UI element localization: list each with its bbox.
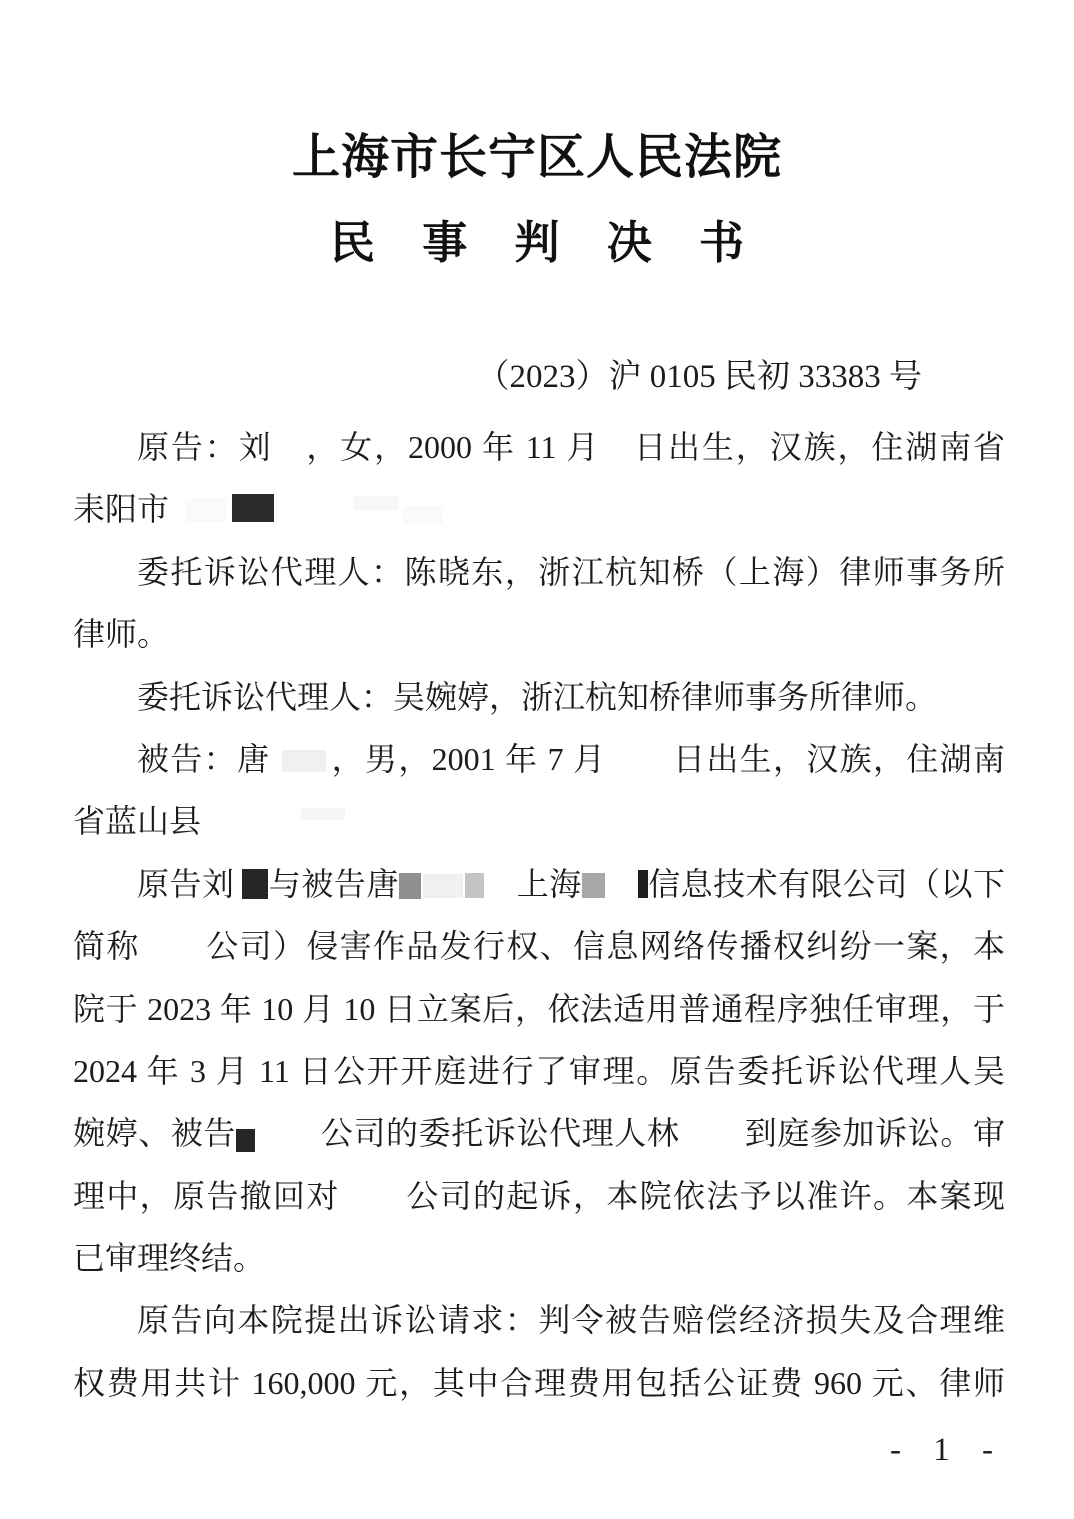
document-line-11: 婉婷、被告 公司的委托诉讼代理人林 到庭参加诉讼。审 bbox=[73, 1102, 1005, 1164]
redaction-box bbox=[185, 498, 227, 522]
redaction-box bbox=[282, 750, 326, 772]
redaction-box bbox=[399, 873, 421, 899]
document-line-0: 原告：刘 ，女，2000 年 11 月 日出生，汉族，住湖南省 bbox=[73, 416, 1005, 478]
page-number: - 1 - bbox=[890, 1432, 1005, 1469]
document-line-3: 律师。 bbox=[73, 603, 1005, 665]
document-line-14: 原告向本院提出诉讼请求：判令被告赔偿经济损失及合理维 bbox=[73, 1289, 1005, 1351]
redaction-box bbox=[242, 869, 268, 899]
document-line-13: 已审理终结。 bbox=[73, 1227, 1005, 1289]
document-body: 原告：刘 ，女，2000 年 11 月 日出生，汉族，住湖南省耒阳市委托诉讼代理… bbox=[73, 416, 1005, 1414]
case-number: （2023）沪 0105 民初 33383 号 bbox=[477, 350, 923, 397]
document-line-4: 委托诉讼代理人：吴婉婷，浙江杭知桥律师事务所律师。 bbox=[73, 666, 1005, 728]
redaction-box bbox=[638, 870, 648, 898]
document-line-2: 委托诉讼代理人：陈晓东，浙江杭知桥（上海）律师事务所 bbox=[73, 541, 1005, 603]
document-line-15: 权费用共计 160,000 元，其中合理费用包括公证费 960 元、律师 bbox=[73, 1352, 1005, 1414]
document-line-7: 原告刘与被告唐 上海 信息技术有限公司（以下 bbox=[73, 853, 1005, 915]
document-type-title: 民 事 判 决 书 bbox=[0, 206, 1074, 271]
redaction-box bbox=[232, 494, 274, 522]
document-line-10: 2024 年 3 月 11 日公开开庭进行了审理。原告委托诉讼代理人吴 bbox=[73, 1040, 1005, 1102]
document-line-5: 被告：唐，男，2001 年 7 月 日出生，汉族，住湖南 bbox=[73, 728, 1005, 790]
document-line-6: 省蓝山县 bbox=[73, 790, 1005, 852]
judgment-document-page: 上海市长宁区人民法院 民 事 判 决 书 （2023）沪 0105 民初 333… bbox=[0, 0, 1074, 1519]
document-line-1: 耒阳市 bbox=[73, 478, 1005, 540]
redaction-box bbox=[301, 808, 345, 820]
redaction-box bbox=[236, 1129, 255, 1152]
document-line-9: 院于 2023 年 10 月 10 日立案后，依法适用普通程序独任审理，于 bbox=[73, 978, 1005, 1040]
redaction-box bbox=[354, 496, 398, 510]
document-line-12: 理中，原告撤回对 公司的起诉，本院依法予以准许。本案现 bbox=[73, 1165, 1005, 1227]
redaction-box bbox=[423, 874, 463, 898]
redaction-box bbox=[403, 506, 443, 524]
redaction-box bbox=[465, 873, 484, 898]
redaction-box bbox=[582, 873, 605, 898]
court-name-title: 上海市长宁区人民法院 bbox=[0, 118, 1074, 187]
document-line-8: 简称 公司）侵害作品发行权、信息网络传播权纠纷一案，本 bbox=[73, 915, 1005, 977]
